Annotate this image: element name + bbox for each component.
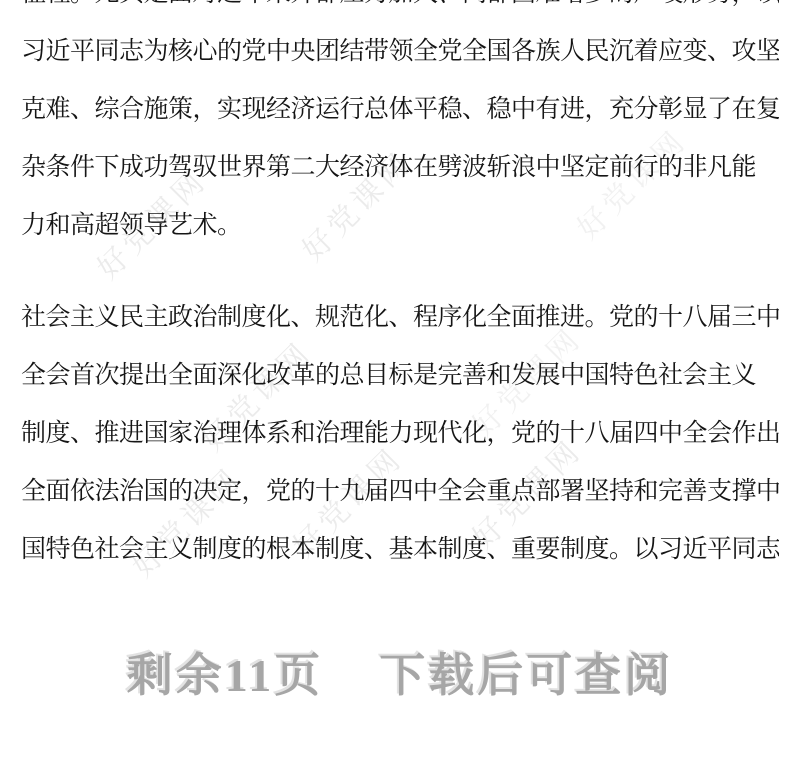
- text-line: 全面依法治国的决定，党的十九届四中全会重点部署坚持和完善支撑中: [21, 462, 779, 520]
- paragraph-1: 征程。尤其是面对近年来外部压力加大、内部困难增多的严峻形势，以 习近平同志为核心…: [21, 0, 779, 254]
- text-line: 杂条件下成功驾驭世界第二大经济体在劈波斩浪中坚定前行的非凡能: [21, 138, 779, 196]
- text-line: 国特色社会主义制度的根本制度、基本制度、重要制度。以习近平同志: [21, 520, 779, 578]
- text-line: 征程。尤其是面对近年来外部压力加大、内部困难增多的严峻形势，以: [21, 0, 779, 22]
- text-line: 力和高超领导艺术。: [21, 196, 779, 254]
- text-line: 克难、综合施策，实现经济运行总体平稳、稳中有进，充分彰显了在复: [21, 80, 779, 138]
- download-hint-label: 下载后可查阅: [379, 650, 673, 701]
- text-line: 制度、推进国家治理体系和治理能力现代化，党的十八届四中全会作出: [21, 404, 779, 462]
- text-line: 习近平同志为核心的党中央团结带领全党全国各族人民沉着应变、攻坚: [21, 22, 779, 80]
- document-body: 征程。尤其是面对近年来外部压力加大、内部困难增多的严峻形势，以 习近平同志为核心…: [0, 0, 800, 578]
- remaining-pages-notice: 剩余11页下载后可查阅: [0, 650, 800, 702]
- pages-remaining-label: 剩余11页: [127, 650, 323, 701]
- paragraph-2: 社会主义民主政治制度化、规范化、程序化全面推进。党的十八届三中 全会首次提出全面…: [21, 288, 779, 578]
- text-line: 全会首次提出全面深化改革的总目标是完善和发展中国特色社会主义: [21, 346, 779, 404]
- document-preview-page: 好党课网 好党课网 好党课网 好党课网 好党课网 好党课网 好党课网 好党课网 …: [0, 0, 800, 757]
- text-line: 社会主义民主政治制度化、规范化、程序化全面推进。党的十八届三中: [21, 288, 779, 346]
